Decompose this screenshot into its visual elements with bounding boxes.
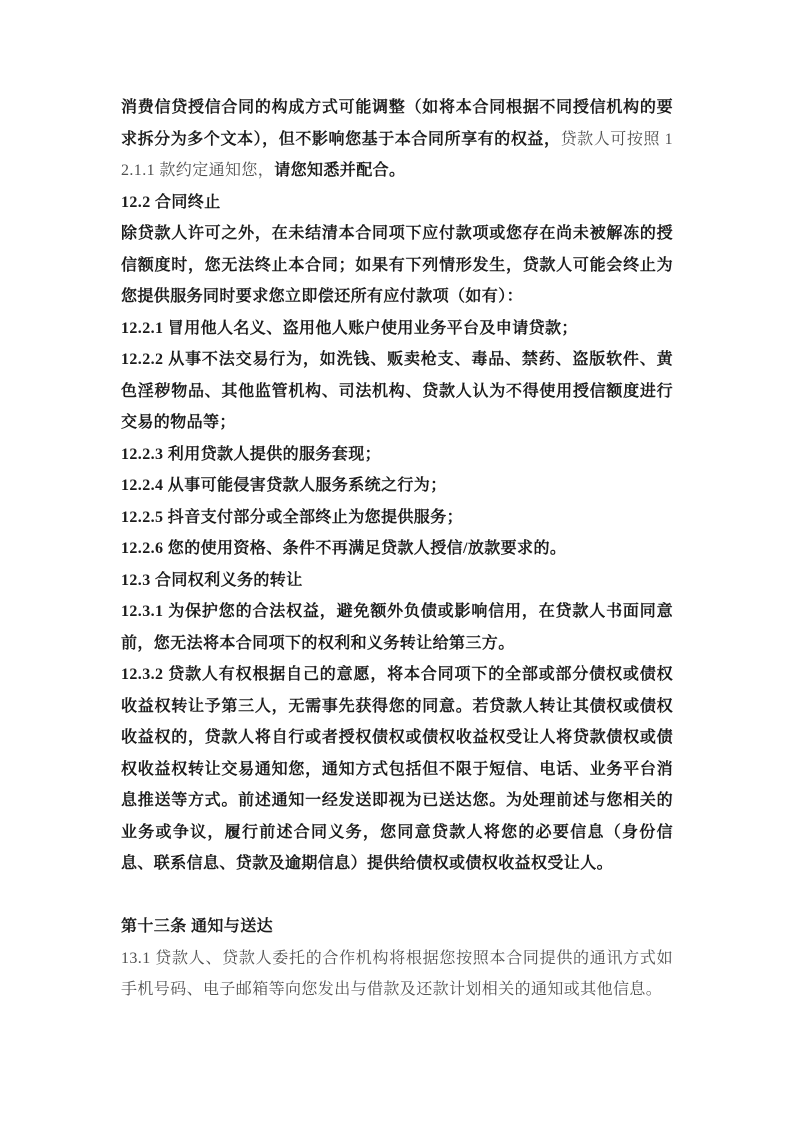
document-body: 消费信贷授信合同的构成方式可能调整（如将本合同根据不同授信机构的要求拆分为多个文… xyxy=(121,92,673,1006)
text-run-bold: 12.3 合同权利义务的转让 xyxy=(121,572,303,589)
para-12-2-1: 12.2.1 冒用他人名义、盗用他人账户使用业务平台及申请贷款； xyxy=(121,313,673,345)
para-12-3-2: 12.3.2 贷款人有权根据自己的意愿，将本合同项下的全部或部分债权或债权收益权… xyxy=(121,659,673,880)
para-12-2-4: 12.2.4 从事可能侵害贷款人服务系统之行为； xyxy=(121,470,673,502)
para-12-2-3: 12.2.3 利用贷款人提供的服务套现； xyxy=(121,439,673,471)
blank-line xyxy=(121,880,673,912)
para-12-3-1: 12.3.1 为保护您的合法权益，避免额外负债或影响信用，在贷款人书面同意前，您… xyxy=(121,596,673,659)
text-run-regular: 13.1 贷款人、贷款人委托的合作机构将根据您按照本合同提供的通讯方式如手机号码… xyxy=(121,950,673,999)
text-run-bold: 12.2.4 从事可能侵害贷款人服务系统之行为； xyxy=(121,477,447,494)
text-run-bold: 请您知悉并配合。 xyxy=(274,162,405,179)
para-contract-composition: 消费信贷授信合同的构成方式可能调整（如将本合同根据不同授信机构的要求拆分为多个文… xyxy=(121,92,673,187)
para-12-2-intro: 除贷款人许可之外，在未结清本合同项下应付款项或您存在尚未被解冻的授信额度时，您无… xyxy=(121,218,673,313)
text-run-bold: 第十三条 通知与送达 xyxy=(121,918,273,935)
para-12-2-6: 12.2.6 您的使用资格、条件不再满足贷款人授信/放款要求的。 xyxy=(121,533,673,565)
para-13-1: 13.1 贷款人、贷款人委托的合作机构将根据您按照本合同提供的通讯方式如手机号码… xyxy=(121,943,673,1006)
text-run-bold: 12.2.2 从事不法交易行为，如洗钱、贩卖枪支、毒品、禁药、盗版软件、黄色淫秽… xyxy=(121,351,673,431)
text-run-bold: 12.2 合同终止 xyxy=(121,194,221,211)
para-12-2-2: 12.2.2 从事不法交易行为，如洗钱、贩卖枪支、毒品、禁药、盗版软件、黄色淫秽… xyxy=(121,344,673,439)
para-12-2-5: 12.2.5 抖音支付部分或全部终止为您提供服务； xyxy=(121,502,673,534)
heading-12-3: 12.3 合同权利义务的转让 xyxy=(121,565,673,597)
contract-document-page: 消费信贷授信合同的构成方式可能调整（如将本合同根据不同授信机构的要求拆分为多个文… xyxy=(0,0,793,1122)
text-run-bold: 12.2.3 利用贷款人提供的服务套现； xyxy=(121,446,381,463)
text-run-bold: 12.2.5 抖音支付部分或全部终止为您提供服务； xyxy=(121,509,463,526)
heading-article-13: 第十三条 通知与送达 xyxy=(121,911,673,943)
text-run-bold: 12.2.1 冒用他人名义、盗用他人账户使用业务平台及申请贷款； xyxy=(121,320,578,337)
text-run-bold: 12.2.6 您的使用资格、条件不再满足贷款人授信/放款要求的。 xyxy=(121,540,566,557)
text-run-bold: 12.3.2 贷款人有权根据自己的意愿，将本合同项下的全部或部分债权或债权收益权… xyxy=(121,666,673,872)
text-run-bold: 除贷款人许可之外，在未结清本合同项下应付款项或您存在尚未被解冻的授信额度时，您无… xyxy=(121,225,673,305)
text-run-bold: 12.3.1 为保护您的合法权益，避免额外负债或影响信用，在贷款人书面同意前，您… xyxy=(121,603,673,652)
heading-12-2: 12.2 合同终止 xyxy=(121,187,673,219)
